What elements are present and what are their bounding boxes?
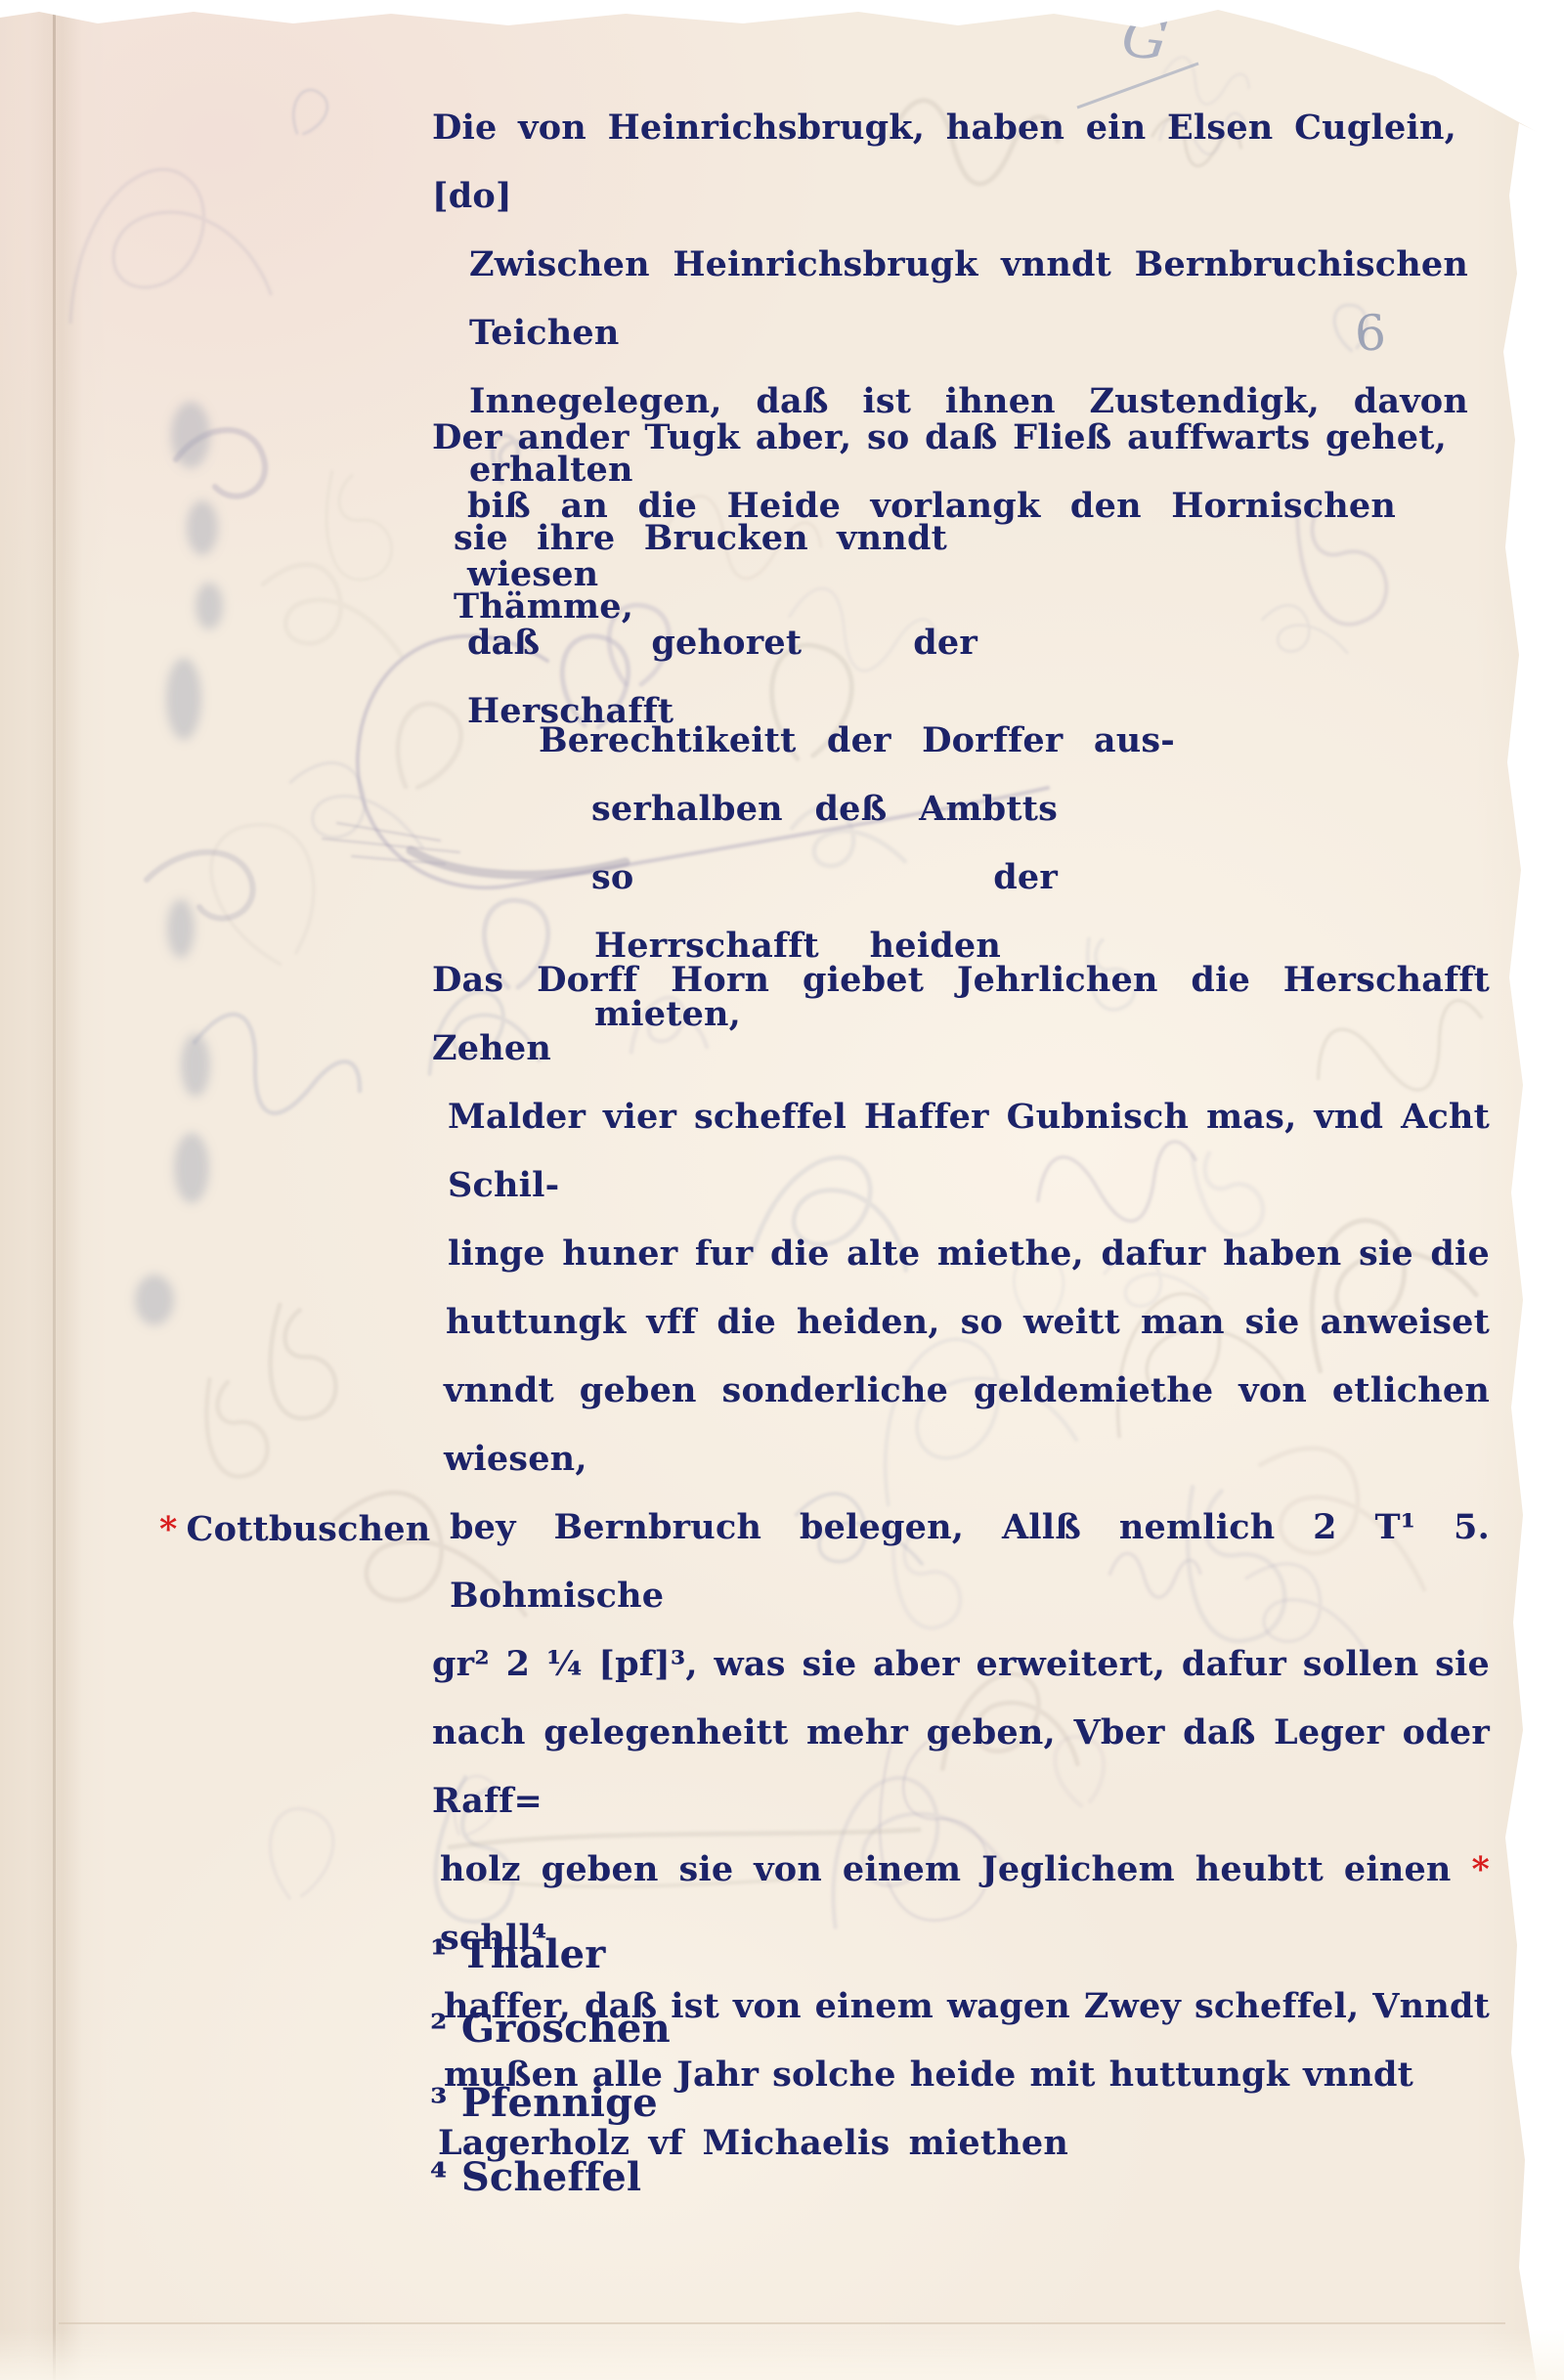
transcription-line: nach gelegenheitt mehr geben, Vber daß L…	[432, 1699, 1490, 1836]
transcription-line: Der ander Tugk aber, so daß Fließ auffwa…	[432, 404, 1447, 472]
transcription-paragraph-footnotes: ¹ Thaler² Groschen³ Pfennige⁴ Scheffel	[430, 1918, 1114, 2215]
transcription-line: ⁴ Scheffel	[430, 2141, 1114, 2215]
transcription-line: ¹ Thaler	[430, 1918, 1114, 1992]
footnote-asterisk: *	[1471, 1849, 1490, 1889]
transcription-line: serhalben deß Ambtts so der	[591, 775, 1058, 912]
transcription-line: Die von Heinrichsbrugk, haben ein Elsen …	[432, 94, 1456, 231]
transcription-line: linge huner fur die alte miethe, dafur h…	[448, 1220, 1490, 1288]
transcription-segment: holz geben sie von einem Jeglichem heubt…	[440, 1849, 1471, 1889]
transcription-line: vnndt geben sonderliche geldemiethe von …	[444, 1357, 1490, 1493]
transcription-line: Berechtikeitt der Dorffer aus-	[539, 707, 1175, 775]
manuscript-page: G 6 Die von Heinrichsbrugk, haben ein El…	[0, 0, 1564, 2380]
transcription-line: ² Groschen	[430, 1992, 1114, 2066]
transcription-layer: Die von Heinrichsbrugk, haben ein Elsen …	[0, 0, 1564, 2380]
transcription-line: Zwischen Heinrichsbrugk vnndt Bernbruchi…	[469, 231, 1468, 368]
transcription-line: Das Dorff Horn giebet Jehrlichen die Her…	[432, 946, 1490, 1083]
transcription-line: Malder vier scheffel Haffer Gubnisch mas…	[448, 1083, 1490, 1220]
footnote-asterisk: *	[159, 1509, 178, 1549]
margin-note-cottbuschen: *Cottbuschen	[159, 1495, 430, 1564]
transcription-line: bey Bernbruch belegen, Allß nemlich 2 T¹…	[450, 1493, 1490, 1630]
transcription-line: biß an die Heide vorlangk den Hornischen…	[467, 472, 1396, 609]
margin-note-text: Cottbuschen	[187, 1509, 431, 1549]
transcription-line: gr² 2 ¼ [pf]³, was sie aber erweitert, d…	[432, 1630, 1490, 1699]
transcription-paragraph-p2: Der ander Tugk aber, so daß Fließ auffwa…	[432, 404, 1447, 746]
transcription-line: ³ Pfennige	[430, 2066, 1114, 2141]
transcription-line: huttungk vff die heiden, so weitt man si…	[446, 1288, 1490, 1357]
